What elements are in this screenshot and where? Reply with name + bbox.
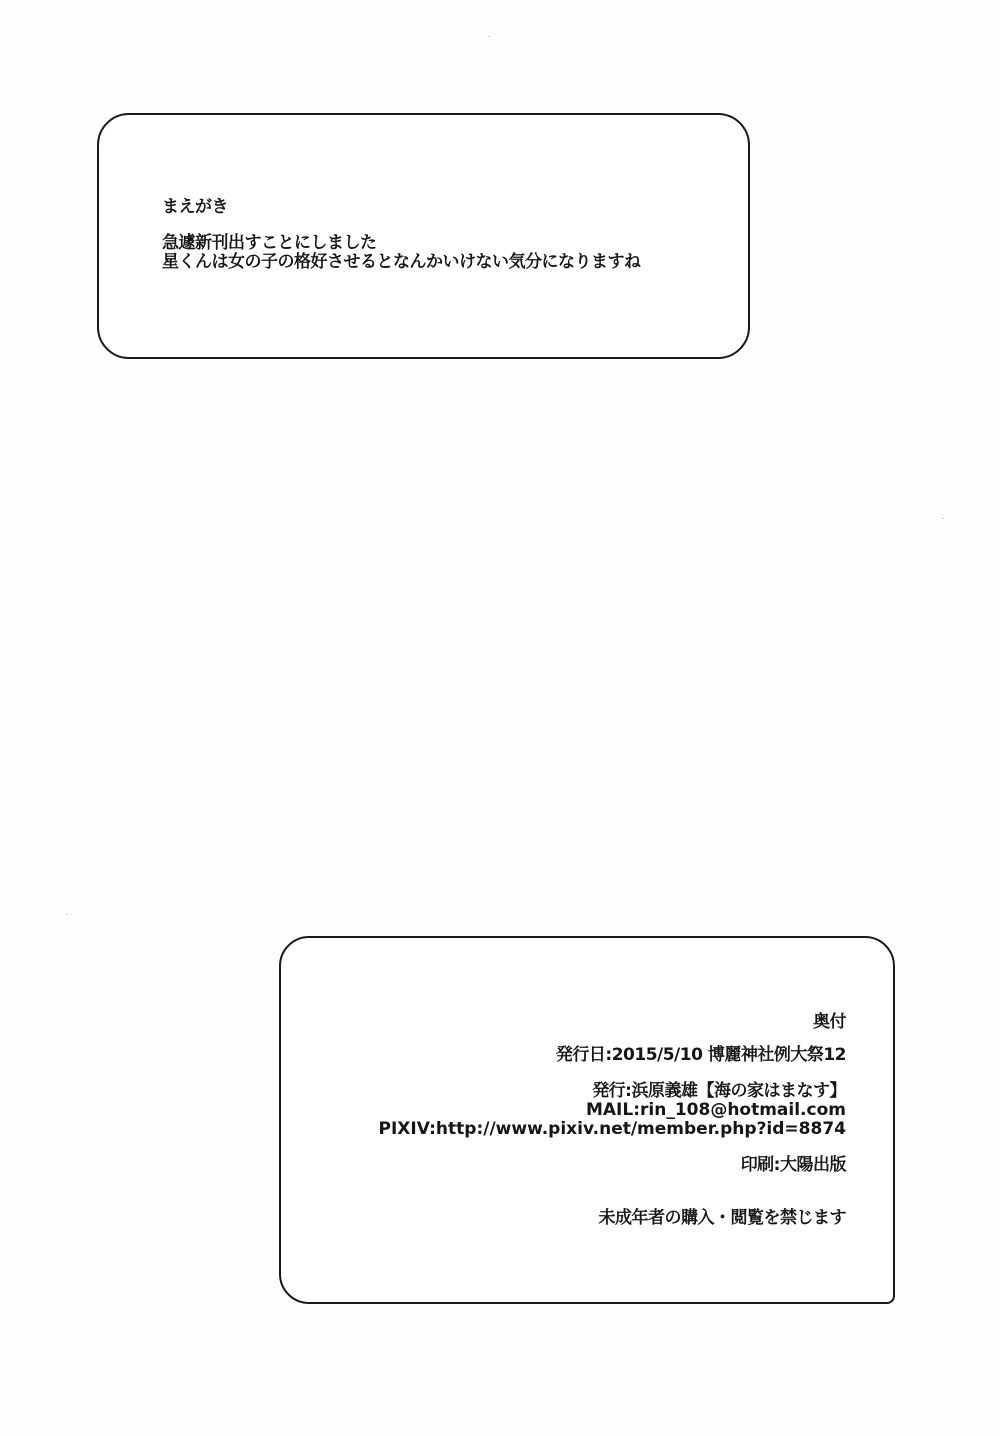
scan-speck: [66, 914, 68, 915]
scan-speck: [942, 518, 944, 519]
preface-line-1: 急遽新刊出すことにしました: [162, 235, 377, 252]
printer: 印刷:大陽出版: [741, 1157, 846, 1174]
issue-date: 発行日:2015/5/10 博麗神社例大祭12: [556, 1047, 846, 1064]
preface-heading: まえがき: [162, 199, 228, 216]
age-restriction-notice: 未成年者の購入・閲覧を禁じます: [599, 1210, 847, 1227]
preface-line-2: 星くんは女の子の格好させるとなんかいけない気分になりますね: [162, 254, 641, 271]
document-page: まえがき 急遽新刊出すことにしました 星くんは女の子の格好させるとなんかいけない…: [0, 0, 1000, 1436]
pixiv-url: PIXIV:http://www.pixiv.net/member.php?id…: [379, 1121, 846, 1138]
mail-address: MAIL:rin_108@hotmail.com: [586, 1102, 846, 1119]
scan-speck: [488, 36, 490, 37]
publisher: 発行:浜原義雄【海の家はまなす】: [592, 1083, 846, 1100]
colophon-heading: 奥付: [813, 1014, 846, 1031]
